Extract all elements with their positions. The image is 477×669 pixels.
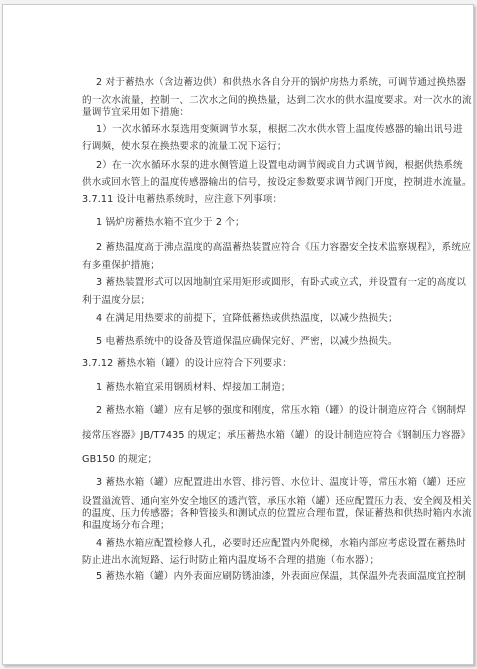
list-item-line: 1 锅炉房蓄热水箱不宜少于 2 个； <box>96 217 245 229</box>
paragraph-line: 行调频，使水泵在换热要求的流量工况下运行； <box>82 141 287 153</box>
paragraph-line: 接常压容器》JB/T7435 的规定；承压蓄热水箱（罐）的设计制造应符合《钢制压… <box>82 430 470 442</box>
paragraph-line: 设置溢流管、通向室外安全地区的透汽管，承压水箱（罐）还应配置压力表、安全阀及相关 <box>82 496 472 508</box>
paragraph-line: 的一次水流量，控制一、二次水之间的换热量，达到二次水的供水温度要求。对一次水的流 <box>82 95 472 107</box>
paragraph-line: 和温度场分布合理； <box>82 520 170 532</box>
list-item-line: 2 蓄热水箱（罐）应有足够的强度和刚度，常压水箱（罐）的设计制造应符合《钢制焊 <box>96 405 466 417</box>
document-page: 2 对于蓄热水（含边蓄边供）和供热水各自分开的锅炉房热力系统，可调节通过换热器 … <box>2 4 474 665</box>
paragraph-line: 防止进出水流短路、运行时防止箱内温度场不合理的措施（布水器）； <box>82 555 379 567</box>
list-item-line: 3 蓄热装置形式可以因地制宜采用矩形或圆形，有卧式或立式，并设置有一定的高度以 <box>96 277 466 289</box>
list-item-line: 2）在一次水循环水泵的进水侧管道上设置电动调节阀或自力式调节阀，根据供热系统 <box>96 160 463 172</box>
paragraph-line: 有多重保护措施； <box>82 260 160 272</box>
list-item-line: 4 在满足用热要求的前提下，宜降低蓄热或供热温度，以减少热损失； <box>96 313 398 325</box>
list-item-line: 5 电蓄热系统中的设备及管道保温应确保完好、严密，以减少热损失。 <box>96 336 398 348</box>
section-heading-3-7-11: 3.7.11 设计电蓄热系统时，应注意下列事项： <box>82 194 282 206</box>
paragraph-line: 利于温度分层； <box>82 295 150 307</box>
paragraph-line: 供水或回水管上的温度传感器输出的信号，按设定参数要求调节阀门开度，控制进水流量。 <box>82 177 472 189</box>
paragraph-line: GB150 的规定； <box>82 454 157 466</box>
list-item-line: 4 蓄热水箱应配置检修人孔，必要时还应配置内外爬梯，水箱内部应考虑设置在蓄热时 <box>96 538 466 550</box>
list-item-line: 1 蓄热水箱宜采用钢质材料、焊接加工制造； <box>96 382 291 394</box>
paragraph-line: 的温度、压力传感器；各种管接头和测试点的位置应合理布置，保证蓄热和供热时箱内水流 <box>82 508 472 520</box>
paragraph-line: 2 对于蓄热水（含边蓄边供）和供热水各自分开的锅炉房热力系统，可调节通过换热器 <box>96 77 466 89</box>
list-item-line: 2 蓄热温度高于沸点温度的高温蓄热装置应符合《压力容器安全技术监察规程》，系统应 <box>96 242 471 254</box>
list-item-line: 1）一次水循环水泵选用变频调节水泵，根据二次水供水管上温度传感器的输出讯号进 <box>96 124 463 136</box>
list-item-line: 3 蓄热水箱（罐）应配置进出水管、排污管、水位计、温度计等，常压水箱（罐）还应 <box>96 477 466 489</box>
section-heading-3-7-12: 3.7.12 蓄热水箱（罐）的设计应符合下列要求： <box>82 358 292 370</box>
list-item-line: 5 蓄热水箱（罐）内外表面应刷防锈油漆，外表面应保温，其保温外壳表面温度宜控制 <box>96 571 466 583</box>
paragraph-line: 量调节宜采用如下措施： <box>82 107 189 119</box>
